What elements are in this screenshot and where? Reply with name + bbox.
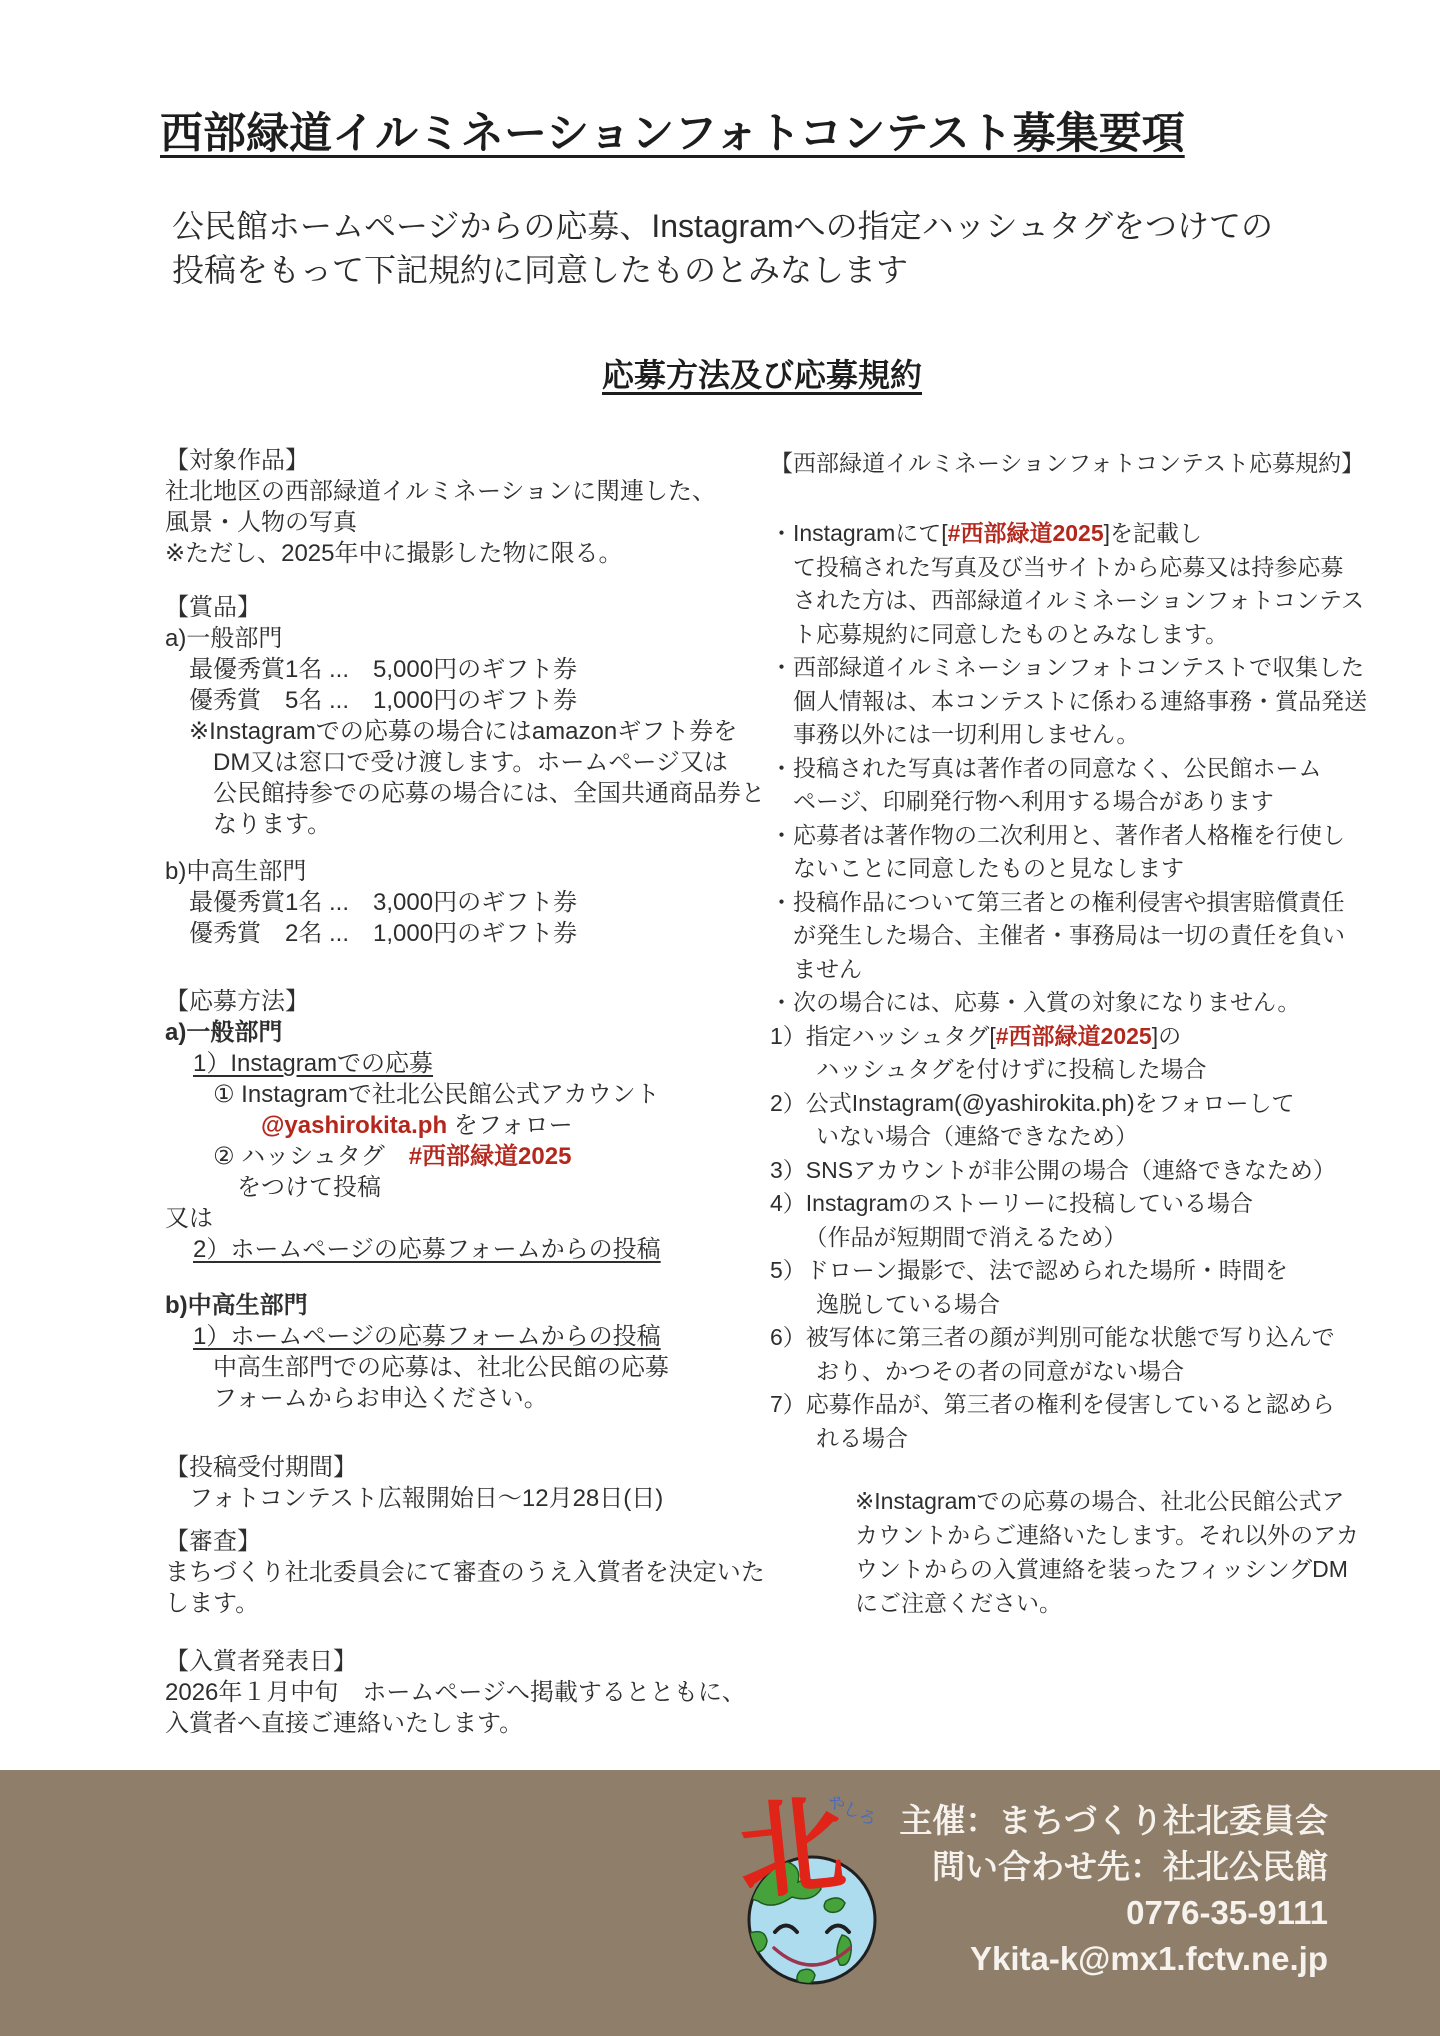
apply-homepage-label: 2）ホームページの応募フォームからの投稿 [193,1236,661,1263]
announcement-block: 【入賞者発表日】 2026年１月中旬 ホームページへ掲載するとともに、 入賞者へ… [165,1646,785,1739]
document-title: 西部緑道イルミネーションフォトコンテスト募集要項 [160,100,1185,161]
terms-line: て投稿された写真及び当サイトから応募又は持参応募 [770,551,1360,585]
exclusion-line: 5）ドローン撮影で、法で認められた場所・時間を [770,1254,1360,1288]
exclusion-line: 逸脱している場合 [770,1288,1360,1322]
apply-step-line: 1）Instagramでの応募 [165,1048,785,1079]
judging-line: します。 [165,1588,785,1619]
terms-line: された方は、西部緑道イルミネーションフォトコンテス [770,584,1360,618]
exclusion-line: おり、かつその者の同意がない場合 [770,1355,1360,1389]
apply-homepage-label: 1）ホームページの応募フォームからの投稿 [193,1323,661,1350]
apply-heading: 【応募方法】 [165,986,785,1017]
apply-step-line: ① Instagramで社北公民館公式アカウント [165,1079,785,1110]
terms-line: ページ、印刷発行物へ利用する場合があります [770,785,1360,819]
exclusion-line: 2）公式Instagram(@yashirokita.ph)をフォローして [770,1087,1360,1121]
contact-line: 問い合わせ先：社北公民館 [899,1844,1328,1890]
note-line: ※Instagramでの応募の場合、社北公民館公式ア [855,1484,1359,1518]
footer-contact-block: 主催：まちづくり社北委員会 問い合わせ先：社北公民館 0776-35-9111 … [899,1798,1328,1982]
terms-line: が発生した場合、主催者・事務局は一切の責任を負い [770,919,1360,953]
document-subtitle: 公民館ホームページからの応募、Instagramへの指定ハッシュタグをつけての … [172,204,1273,292]
terms-line: ません [770,953,1360,987]
apply-follow-text: をフォロー [447,1112,572,1139]
apply-student-block: b)中高生部門 1）ホームページの応募フォームからの投稿 中高生部門での応募は、… [165,1290,785,1414]
apply-category-general: a)一般部門 [165,1017,785,1048]
terms-line: ・西部緑道イルミネーションフォトコンテストで収集した [770,651,1360,685]
prizes-student-block: b)中高生部門 最優秀賞1名 ... 3,000円のギフト券 優秀賞 2名 ..… [165,856,785,949]
terms-line: ないことに同意したものと見なします [770,852,1360,886]
apply-step-line: 2）ホームページの応募フォームからの投稿 [165,1234,785,1265]
apply-step-line: フォームからお申込ください。 [165,1383,785,1414]
judging-block: 【審査】 まちづくり社北委員会にて審査のうえ入賞者を決定いた します。 [165,1526,785,1619]
apply-or-line: 又は [165,1203,785,1234]
terms-line: ・次の場合には、応募・入賞の対象になりません。 [770,986,1360,1020]
prizes-heading: 【賞品】 [165,592,785,623]
apply-category-student: b)中高生部門 [165,1290,785,1321]
apply-step-line: 1）ホームページの応募フォームからの投稿 [165,1321,785,1352]
announcement-heading: 【入賞者発表日】 [165,1646,785,1677]
exclusion-line: れる場合 [770,1422,1360,1456]
terms-line: 事務以外には一切利用しません。 [770,718,1360,752]
apply-instagram-label: 1）Instagramでの応募 [193,1050,433,1077]
hashtag-label: ② ハッシュタグ [165,1143,409,1170]
note-line: ウントからの入賞連絡を装ったフィッシングDM [855,1552,1359,1586]
target-works-line: 社北地区の西部緑道イルミネーションに関連した、 [165,476,785,507]
terms-heading: 【西部緑道イルミネーションフォトコンテスト応募規約】 [770,445,1360,478]
submission-period-block: 【投稿受付期間】 フォトコンテスト広報開始日～12月28日(日) [165,1452,785,1514]
email-address: Ykita-k@mx1.fctv.ne.jp [899,1936,1328,1982]
apply-step-line: 中高生部門での応募は、社北公民館の応募 [165,1352,785,1383]
phone-number: 0776-35-9111 [899,1890,1328,1936]
terms-text: ・Instagramにて[ [770,520,948,546]
phishing-warning-note: ※Instagramでの応募の場合、社北公民館公式ア カウントからご連絡いたしま… [855,1484,1359,1620]
exclusion-line: 7）応募作品が、第三者の権利を侵害していると認めら [770,1388,1360,1422]
subtitle-line: 投稿をもって下記規約に同意したものとみなします [172,248,1273,292]
exclusion-line: 6）被写体に第三者の顔が判別可能な状態で写り込んで [770,1321,1360,1355]
apply-step-line: をつけて投稿 [165,1172,785,1203]
terms-line: ・応募者は著作物の二次利用と、著作者人格権を行使し [770,819,1360,853]
terms-line: ・投稿作品について第三者との権利侵害や損害賠償責任 [770,886,1360,920]
exclusion-line: 1）指定ハッシュタグ[#西部緑道2025]の [770,1020,1360,1054]
organizer-line: 主催：まちづくり社北委員会 [899,1798,1328,1844]
subtitle-line: 公民館ホームページからの応募、Instagramへの指定ハッシュタグをつけての [172,204,1273,248]
target-works-heading: 【対象作品】 [165,445,785,476]
contest-hashtag: #西部緑道2025 [996,1023,1152,1049]
terms-text: 1）指定ハッシュタグ[ [770,1023,996,1049]
exclusion-line: （作品が短期間で消えるため） [770,1221,1360,1255]
period-line: フォトコンテスト広報開始日～12月28日(日) [165,1483,785,1514]
prize-note-line: なります。 [165,809,785,840]
prize-line: 優秀賞 5名 ... 1,000円のギフト券 [165,685,785,716]
judging-line: まちづくり社北委員会にて審査のうえ入賞者を決定いた [165,1557,785,1588]
terms-text: ]を記載し [1104,520,1202,546]
prize-note-line: 公民館持参での応募の場合には、全国共通商品券と [165,778,785,809]
section-heading: 応募方法及び応募規約 [602,350,922,396]
prizes-category-student: b)中高生部門 [165,856,785,887]
announcement-line: 入賞者へ直接ご連絡いたします。 [165,1708,785,1739]
prize-line: 最優秀賞1名 ... 3,000円のギフト券 [165,887,785,918]
note-line: カウントからご連絡いたします。それ以外のアカ [855,1518,1359,1552]
terms-line: ト応募規約に同意したものとみなします。 [770,618,1360,652]
prize-line: 優秀賞 2名 ... 1,000円のギフト券 [165,918,785,949]
terms-line: ・投稿された写真は著作者の同意なく、公民館ホーム [770,752,1360,786]
contest-hashtag: #西部緑道2025 [409,1143,572,1170]
indent [165,1112,261,1139]
how-to-apply-block: 【応募方法】 a)一般部門 1）Instagramでの応募 ① Instagra… [165,986,785,1265]
apply-step-line: @yashirokita.ph をフォロー [165,1110,785,1141]
prize-note-line: ※Instagramでの応募の場合にはamazonギフト券を [165,716,785,747]
apply-step-line: ② ハッシュタグ #西部緑道2025 [165,1141,785,1172]
exclusion-line: 4）Instagramのストーリーに投稿している場合 [770,1187,1360,1221]
prize-note-line: DM又は窓口で受け渡します。ホームページ又は [165,747,785,778]
yashirokita-globe-mascot-logo: 北 やしろ [730,1785,900,2005]
prize-line: 最優秀賞1名 ... 5,000円のギフト券 [165,654,785,685]
terms-block: ・Instagramにて[#西部緑道2025]を記載し て投稿された写真及び当サ… [770,517,1360,1455]
exclusion-line: ハッシュタグを付けずに投稿した場合 [770,1053,1360,1087]
announcement-line: 2026年１月中旬 ホームページへ掲載するとともに、 [165,1677,785,1708]
terms-line: 個人情報は、本コンテストに係わる連絡事務・賞品発送 [770,685,1360,719]
exclusion-line: いない場合（連絡できなため） [770,1120,1360,1154]
judging-heading: 【審査】 [165,1526,785,1557]
note-line: にご注意ください。 [855,1586,1359,1620]
target-works-block: 【対象作品】 社北地区の西部緑道イルミネーションに関連した、 風景・人物の写真 … [165,445,785,569]
target-works-line: ※ただし、2025年中に撮影した物に限る。 [165,538,785,569]
exclusion-line: 3）SNSアカウントが非公開の場合（連絡できなため） [770,1154,1360,1188]
terms-line: ・Instagramにて[#西部緑道2025]を記載し [770,517,1360,551]
period-heading: 【投稿受付期間】 [165,1452,785,1483]
instagram-account-handle: @yashirokita.ph [261,1112,447,1139]
prizes-category-general: a)一般部門 [165,623,785,654]
terms-text: ]の [1152,1023,1181,1049]
contest-hashtag: #西部緑道2025 [948,520,1104,546]
target-works-line: 風景・人物の写真 [165,507,785,538]
prizes-general-block: 【賞品】 a)一般部門 最優秀賞1名 ... 5,000円のギフト券 優秀賞 5… [165,592,785,840]
